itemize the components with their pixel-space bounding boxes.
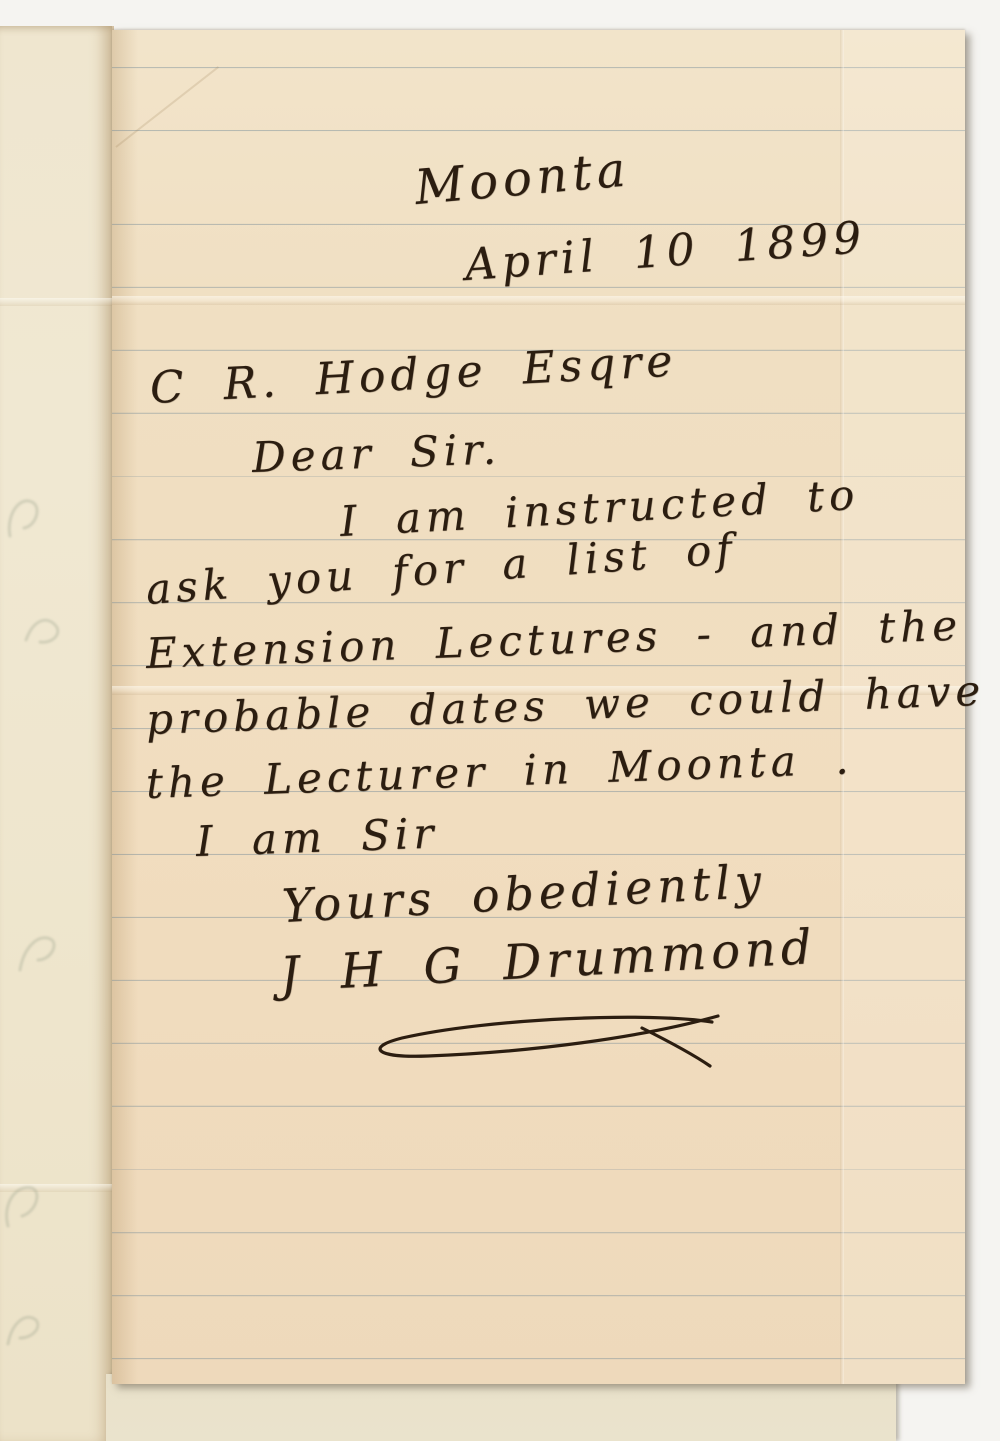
body-line-5: the Lecturer in Moonta . [145, 737, 854, 806]
left-page-edge [0, 26, 114, 1441]
ghost-ink-mark [22, 606, 66, 652]
scanned-letter: Moonta April 10 1899 C R. Hodge Esqre De… [0, 0, 1000, 1441]
signature-line: J H G Drummond [279, 922, 818, 1000]
underlying-sheet [106, 1374, 896, 1441]
ghost-ink-mark [2, 1304, 46, 1356]
letter-page: Moonta April 10 1899 C R. Hodge Esqre De… [112, 30, 965, 1384]
fold-crease-diagonal [115, 66, 219, 148]
letter-recipient: C R. Hodge Esqre [149, 338, 679, 412]
ghost-ink-mark [2, 488, 52, 550]
signature-flourish-icon [350, 1008, 725, 1070]
ghost-ink-mark [14, 926, 60, 982]
fold-crease-horizontal [112, 296, 965, 305]
fold-crease-horizontal [0, 298, 112, 306]
closing-line-2: Yours obediently [281, 857, 767, 931]
letter-place: Moonta [413, 144, 632, 213]
closing-line-1: I am Sir [195, 812, 439, 865]
letter-salutation: Dear Sir. [251, 427, 501, 480]
ghost-ink-mark [0, 1176, 48, 1236]
letter-date: April 10 1899 [463, 215, 867, 289]
